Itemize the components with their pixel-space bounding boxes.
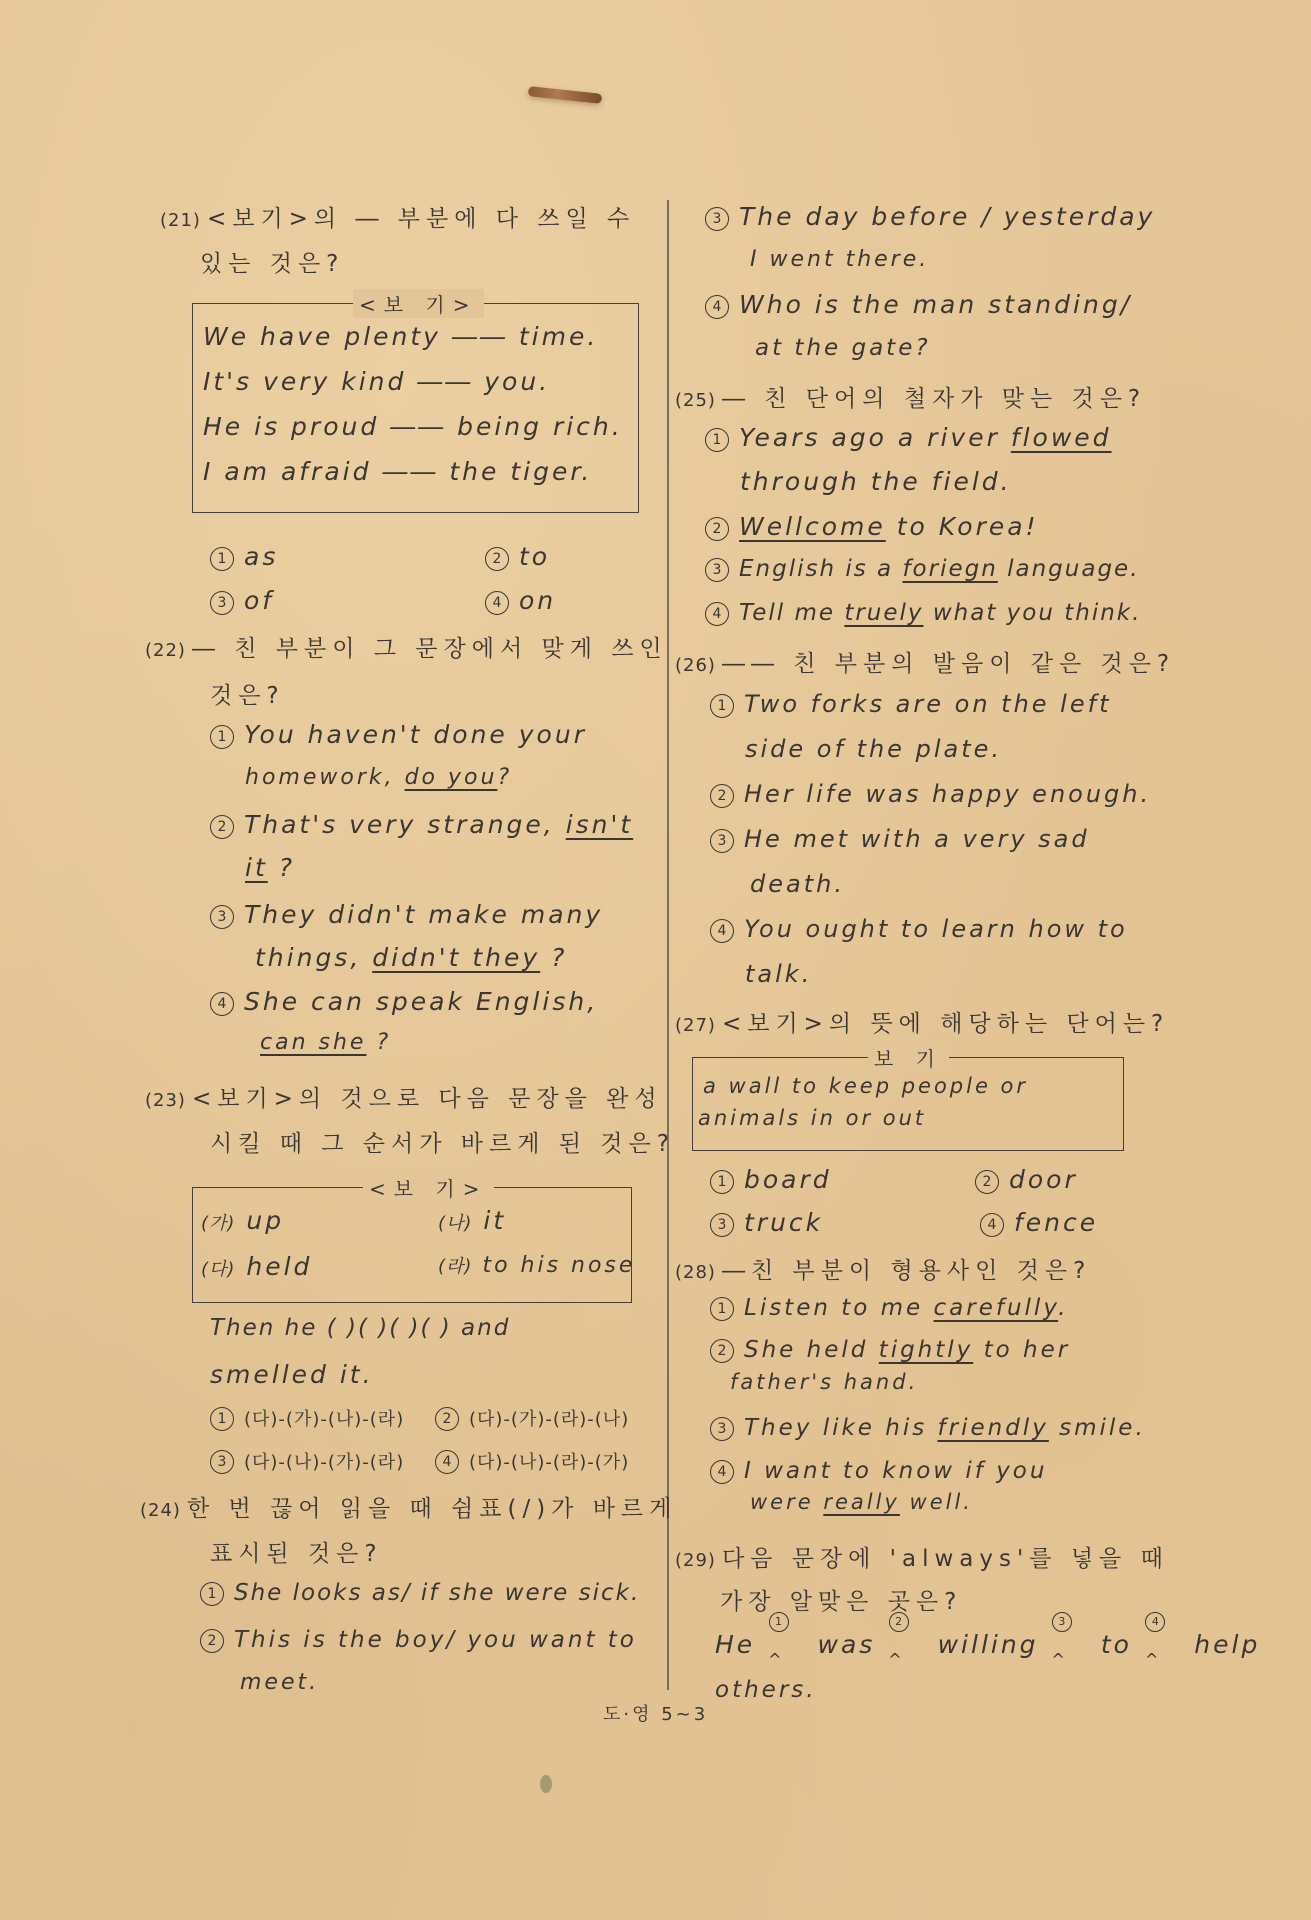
insert-caret-1[interactable]: ^1 [768,1650,804,1669]
q24-option-4[interactable]: 4Who is the man standing/ [705,290,1132,319]
example-line: He is proud ―― being rich. [203,412,623,441]
question-number: (27) [675,1015,716,1036]
q28-option-3[interactable]: 3They like his friendly smile. [710,1415,1146,1441]
q24-option-4-line2: at the gate? [755,335,931,361]
q23-prompt: (23)<보기>의 것으로 다음 문장을 완성 [145,1080,663,1113]
underlined-text: really [823,1490,900,1514]
circled-number: 2 [710,784,734,808]
page-footer: 도·영 5~3 [603,1700,708,1726]
stain-spot [540,1775,552,1793]
option-text: He met with a very sad [744,825,1090,853]
q23-sentence-line2: smelled it. [210,1360,374,1389]
q23-sentence-line1: Then he ( )( )( )( ) and [210,1315,510,1341]
item-text: up [246,1206,284,1235]
circled-number: 4 [435,1450,459,1474]
underlined-text: it [245,853,268,882]
option-text: board [744,1165,832,1194]
q21-prompt: (21)<보기>의 ― 부분에 다 쓰일 수 [160,200,635,233]
q24-prompt-line2: 표시된 것은? [210,1535,383,1568]
underlined-text: isn't [566,810,634,839]
q23-option-4[interactable]: 4(다)-(나)-(라)-(가) [435,1448,629,1474]
q22-option-4[interactable]: 4She can speak English, [210,987,598,1016]
definition-line: animals in or out [698,1106,926,1130]
q21-example-box: <보 기> We have plenty ―― time. It's very … [192,303,639,513]
q26-option-1-line2: side of the plate. [745,735,1002,763]
circled-number: 1 [705,428,729,452]
question-number: (24) [140,1500,181,1521]
example-item: (가) up [201,1206,284,1235]
option-text: (다)-(나)-(라)-(가) [469,1452,629,1473]
q28-option-4-line2: were really well. [750,1490,973,1514]
box-label: <보 기> [353,289,484,318]
circled-number: 3 [1052,1612,1072,1632]
q29-sentence: He ^1 was ^2 willing ^3 to ^4 help [715,1630,1260,1672]
item-label: (나) [438,1213,472,1234]
question-number: (22) [145,640,186,661]
option-text: were [750,1490,823,1514]
question-number: (28) [675,1262,716,1283]
sentence-word: to [1101,1630,1132,1659]
q24-prompt: (24)한 번 끊어 읽을 때 쉼표(/)가 바르게 [140,1490,677,1523]
q21-option-2[interactable]: 2to [485,542,550,571]
option-text: door [1009,1165,1078,1194]
option-text: . [1058,1295,1068,1321]
circled-number: 3 [705,558,729,582]
q26-prompt-text: ―― 친 부분의 발음이 같은 것은? [722,651,1175,677]
circled-number: 1 [710,1170,734,1194]
option-text: Listen to me [744,1295,934,1321]
q27-option-2[interactable]: 2door [975,1165,1078,1194]
circled-number: 4 [710,1460,734,1484]
circled-number: 3 [210,905,234,929]
insert-caret-4[interactable]: ^4 [1145,1650,1181,1669]
circled-number: 1 [200,1582,224,1606]
option-text: Who is the man standing/ [739,290,1132,319]
q21-prompt-line1: <보기>의 ― 부분에 다 쓰일 수 [207,206,635,232]
option-text: smile. [1049,1415,1146,1441]
option-text: Tell me [739,600,844,626]
q27-option-3[interactable]: 3truck [710,1208,823,1237]
example-line: It's very kind ―― you. [203,367,550,396]
option-text: (다)-(나)-(가)-(라) [244,1452,404,1473]
question-number: (26) [675,655,716,676]
item-label: (다) [201,1259,235,1280]
option-text: She can speak English, [244,987,598,1016]
example-item: (다) held [201,1252,312,1281]
option-text: things, [255,943,372,972]
option-text: well. [900,1490,973,1514]
q22-option-2[interactable]: 2That's very strange, isn't [210,810,633,839]
q28-option-2[interactable]: 2She held tightly to her [710,1337,1070,1363]
q26-prompt: (26)―― 친 부분의 발음이 같은 것은? [675,645,1175,678]
option-text: They like his [744,1415,938,1441]
q21-option-3[interactable]: 3of [210,586,274,615]
q29-sentence-line2: others. [715,1677,817,1703]
q28-prompt-text: ―친 부분이 형용사인 것은? [722,1258,1091,1284]
q29-prompt: (29)다음 문장에 'always'를 넣을 때 [675,1540,1169,1573]
circled-number: 4 [980,1213,1004,1237]
q23-prompt-line1: <보기>의 것으로 다음 문장을 완성 [192,1086,663,1112]
circled-number: 2 [889,1612,909,1632]
option-text: (다)-(가)-(나)-(라) [244,1409,404,1430]
circled-number: 4 [705,602,729,626]
q22-option-3-line2: things, didn't they ? [255,943,567,972]
circled-number: 2 [210,815,234,839]
q25-prompt-text: ― 친 단어의 철자가 맞는 것은? [722,386,1146,412]
q29-prompt-line1: 다음 문장에 'always'를 넣을 때 [722,1546,1169,1572]
q24-option-3[interactable]: 3The day before / yesterday [705,202,1155,231]
example-item: (라) to his nose [438,1252,635,1278]
circled-number: 3 [705,207,729,231]
circled-number: 2 [435,1407,459,1431]
item-label: (라) [438,1256,472,1277]
q27-example-box: 보 기 a wall to keep people or animals in … [692,1057,1124,1151]
q29-prompt-line2: 가장 알맞은 곳은? [720,1583,962,1616]
sentence-word: help [1194,1630,1260,1659]
circled-number: 4 [710,919,734,943]
option-text: Her life was happy enough. [744,780,1151,808]
item-text: it [483,1206,506,1235]
underlined-text: foriegn [902,556,997,582]
q23-example-box: <보 기> (가) up (나) it (다) held (라) to his … [192,1187,632,1303]
q26-option-3-line2: death. [750,870,845,898]
q23-prompt-line2: 시킬 때 그 순서가 바르게 된 것은? [210,1125,675,1158]
insert-caret-2[interactable]: ^2 [888,1650,924,1669]
option-text: to her [973,1337,1070,1363]
option-text: You ought to learn how to [744,915,1128,943]
q28-option-2-line2: father's hand. [730,1370,918,1394]
q28-prompt: (28)―친 부분이 형용사인 것은? [675,1252,1091,1285]
option-text: (다)-(가)-(라)-(나) [469,1409,629,1430]
option-text: to [519,542,550,571]
q21-option-1[interactable]: 1as [210,542,278,571]
option-text: ? [551,943,567,972]
q26-option-4[interactable]: 4You ought to learn how to [710,915,1128,943]
insert-caret-3[interactable]: ^3 [1052,1650,1088,1669]
q23-option-2[interactable]: 2(다)-(가)-(라)-(나) [435,1405,629,1431]
option-text: fence [1014,1208,1098,1237]
example-line: I am afraid ―― the tiger. [203,457,592,486]
option-text: Years ago a river [739,423,1011,452]
underlined-text: friendly [938,1415,1049,1441]
option-text: ? [497,765,512,790]
q24-prompt-line1: 한 번 끊어 읽을 때 쉼표(/)가 바르게 [187,1496,677,1522]
q22-prompt-line1: ― 친 부분이 그 문장에서 맞게 쓰인 [192,636,668,662]
q22-option-1-line2: homework, do you? [245,765,512,790]
underlined-text: tightly [879,1337,974,1363]
q25-prompt: (25)― 친 단어의 철자가 맞는 것은? [675,380,1146,413]
question-number: (23) [145,1090,186,1111]
q21-option-4[interactable]: 4on [485,586,556,615]
circled-number: 3 [210,1450,234,1474]
example-item: (나) it [438,1206,506,1235]
circled-number: 2 [485,547,509,571]
option-text: Two forks are on the left [744,690,1111,718]
underlined-text: can she [260,1030,366,1055]
circled-number: 3 [710,1417,734,1441]
circled-number: 2 [705,517,729,541]
q24-option-2-line2: meet. [240,1670,319,1695]
option-text: of [244,586,274,615]
q26-option-3[interactable]: 3He met with a very sad [710,825,1090,853]
q22-prompt: (22)― 친 부분이 그 문장에서 맞게 쓰인 [145,630,668,663]
q28-option-1[interactable]: 1Listen to me carefully. [710,1295,1068,1321]
circled-number: 1 [710,694,734,718]
q25-option-1-line2: through the field. [740,467,1012,496]
item-label: (가) [201,1213,235,1234]
circled-number: 1 [210,725,234,749]
sentence-word: He [715,1630,755,1659]
sentence-word: was [818,1630,876,1659]
option-text: on [519,586,556,615]
q27-option-1[interactable]: 1board [710,1165,832,1194]
circled-number: 1 [769,1612,789,1632]
underlined-text: flowed [1011,423,1112,452]
underlined-text: truely [844,600,923,626]
q23-option-3[interactable]: 3(다)-(나)-(가)-(라) [210,1448,404,1474]
item-text: to his nose [482,1253,635,1278]
circled-number: 1 [710,1297,734,1321]
option-text: to Korea! [886,512,1039,541]
option-text: ? [376,1030,391,1055]
question-number: (25) [675,390,716,411]
q26-option-2[interactable]: 2Her life was happy enough. [710,780,1151,808]
item-text: held [246,1252,312,1281]
q28-option-4[interactable]: 4I want to know if you [710,1458,1047,1484]
circled-number: 2 [200,1629,224,1653]
option-text: truck [744,1208,823,1237]
q27-prompt: (27)<보기>의 뜻에 해당하는 단어는? [675,1005,1169,1038]
q25-option-4[interactable]: 4Tell me truely what you think. [705,600,1141,626]
circled-number: 1 [210,547,234,571]
option-text: The day before / yesterday [739,202,1155,231]
option-text: ? [279,853,295,882]
q25-option-3[interactable]: 3English is a foriegn language. [705,556,1140,582]
q22-option-2-line2: it ? [245,853,295,882]
q24-option-1[interactable]: 1She looks as/ if she were sick. [200,1580,640,1606]
q22-option-4-line2: can she ? [260,1030,391,1055]
circled-number: 4 [485,591,509,615]
q26-option-4-line2: talk. [745,960,812,988]
circled-number: 2 [710,1339,734,1363]
q22-option-1[interactable]: 1You haven't done your [210,720,587,749]
sentence-word: willing [938,1630,1039,1659]
definition-line: a wall to keep people or [703,1074,1028,1098]
circled-number: 1 [210,1407,234,1431]
underlined-text: do you [405,765,498,790]
q24-option-2[interactable]: 2This is the boy/ you want to [200,1627,637,1653]
q24-option-3-line2: I went there. [750,247,929,272]
q25-option-1[interactable]: 1Years ago a river flowed [705,423,1112,452]
q27-option-4[interactable]: 4fence [980,1208,1098,1237]
option-text: what you think. [924,600,1142,626]
option-text: This is the boy/ you want to [234,1627,637,1653]
example-line: We have plenty ―― time. [203,322,598,351]
q22-option-3[interactable]: 3They didn't make many [210,900,603,929]
question-number: (29) [675,1550,716,1571]
underlined-text: didn't they [372,943,540,972]
box-label: 보 기 [868,1043,949,1072]
circled-number: 3 [210,591,234,615]
circled-number: 4 [705,295,729,319]
q23-option-1[interactable]: 1(다)-(가)-(나)-(라) [210,1405,404,1431]
option-text: She looks as/ if she were sick. [234,1580,640,1606]
circled-number: 4 [210,992,234,1016]
option-text: as [244,542,278,571]
q21-prompt-line2: 있는 것은? [200,245,344,278]
column-divider [667,200,669,1690]
option-text: I want to know if you [744,1458,1047,1484]
q27-prompt-text: <보기>의 뜻에 해당하는 단어는? [722,1011,1169,1037]
underlined-text: Wellcome [739,512,886,541]
underlined-text: carefully [934,1295,1059,1321]
option-text: She held [744,1337,879,1363]
option-text: English is a [739,556,902,582]
circled-number: 3 [710,1213,734,1237]
q22-prompt-line2: 것은? [210,677,285,710]
q25-option-2[interactable]: 2Wellcome to Korea! [705,512,1039,541]
option-text: language. [998,556,1140,582]
circled-number: 2 [975,1170,999,1194]
circled-number: 3 [710,829,734,853]
option-text: They didn't make many [244,900,603,929]
option-text: You haven't done your [244,720,587,749]
option-text: That's very strange, [244,810,566,839]
box-label: <보 기> [363,1173,494,1202]
question-number: (21) [160,210,201,231]
option-text: homework, [245,765,405,790]
q26-option-1[interactable]: 1Two forks are on the left [710,690,1111,718]
